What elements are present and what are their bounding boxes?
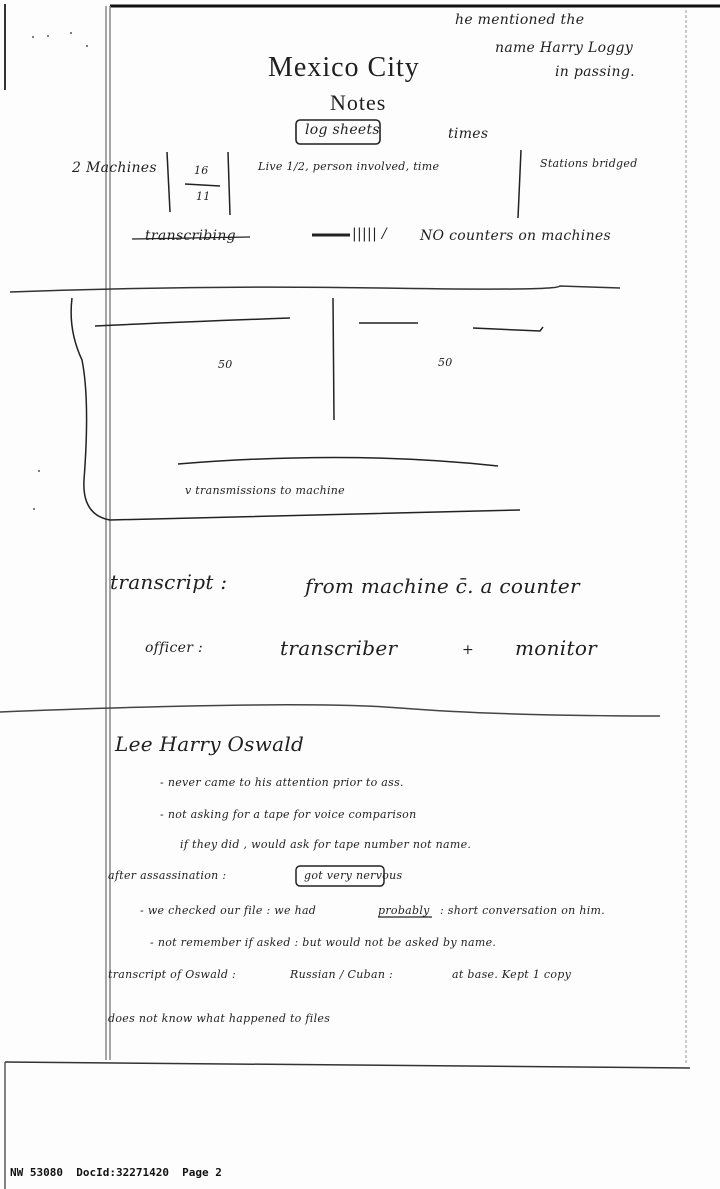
does-not-know: does not know what happened to files: [108, 1012, 330, 1025]
document-footer: NW 53080 DocId:32271420 Page 2: [10, 1166, 222, 1179]
bullet2-1-end: : short conversation on him.: [440, 904, 605, 917]
monitor-text: monitor: [515, 636, 597, 660]
scan-speck: [47, 35, 49, 37]
page-title: Mexico City: [268, 52, 420, 84]
divider-2: [228, 152, 230, 215]
bullet-2: - not asking for a tape for voice compar…: [160, 808, 417, 821]
transcript-label: transcript :: [110, 570, 227, 594]
bullet2-1: - we checked our file : we had: [140, 904, 316, 917]
diagram-left-value: 50: [218, 358, 233, 371]
probably-word: probably: [378, 904, 430, 917]
officer-text: transcriber: [280, 636, 397, 660]
at-base-note: at base. Kept 1 copy: [452, 968, 571, 981]
bottom-page-edge: [5, 1062, 690, 1068]
russian-cuban: Russian / Cuban :: [290, 968, 393, 981]
scan-speck: [32, 36, 34, 38]
fraction-top: 16: [194, 164, 209, 177]
crossed-word: transcribing: [145, 228, 236, 244]
fraction-bar: [185, 184, 220, 186]
transcript-text: from machine c̄. a counter: [305, 574, 580, 598]
divider-1: [167, 152, 170, 212]
nervous-note: got very nervous: [304, 869, 403, 882]
times-label: times: [448, 126, 488, 142]
section-rule-1: [10, 286, 620, 292]
after-label: after assassination :: [108, 869, 226, 882]
note-line-1: he mentioned the: [455, 12, 584, 28]
page-subtitle: Notes: [330, 90, 386, 116]
log-sheets-label: log sheets: [305, 122, 380, 138]
stations-label: Stations bridged: [540, 157, 638, 170]
diagram-line-left: [95, 318, 290, 326]
scanned-document-page: he mentioned the name Harry Loggy in pas…: [0, 0, 720, 1189]
diagram-line-right: [473, 327, 543, 331]
scan-speck: [70, 32, 72, 34]
diagram-line-bottom: [178, 457, 498, 466]
log-contents: Live 1/2, person involved, time: [258, 160, 439, 173]
diagram-right-value: 50: [438, 356, 453, 369]
machines-label: 2 Machines: [72, 160, 157, 176]
bullet2-2: - not remember if asked : but would not …: [150, 936, 496, 949]
plus-sign: +: [462, 642, 474, 658]
oswald-heading: Lee Harry Oswald: [115, 732, 304, 756]
diagram-caption: v transmissions to machine: [185, 484, 345, 497]
bullet-1: - never came to his attention prior to a…: [160, 776, 404, 789]
no-counters-note: NO counters on machines: [420, 228, 611, 244]
scan-speck: [33, 508, 35, 510]
scan-speck: [86, 45, 88, 47]
transcript-oswald: transcript of Oswald :: [108, 968, 236, 981]
divider-3: [518, 150, 521, 218]
bullet-3: if they did , would ask for tape number …: [180, 838, 471, 851]
section-rule-2: [0, 705, 660, 716]
tally-marks: ||||| /: [352, 226, 387, 242]
officer-label: officer :: [145, 640, 203, 656]
scan-speck: [38, 470, 40, 472]
note-line-3: in passing.: [555, 64, 635, 80]
note-line-2: name Harry Loggy: [495, 40, 633, 56]
diagram-divider: [333, 298, 334, 420]
fraction-bottom: 11: [196, 190, 211, 203]
